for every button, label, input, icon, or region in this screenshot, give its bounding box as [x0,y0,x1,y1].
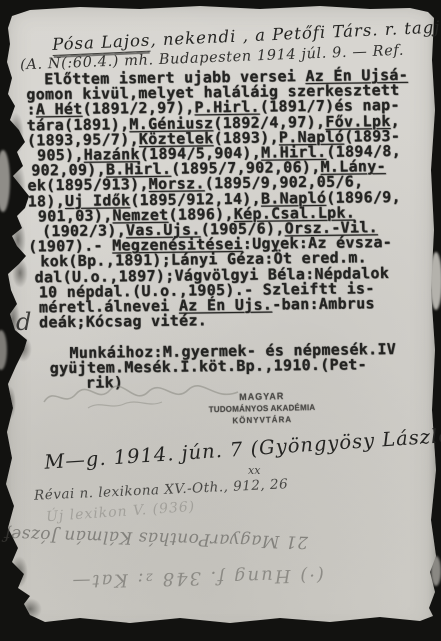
stamp-line-1: MAGYAR [206,390,318,403]
typed-block: Előttem ismert ujabb versei Az Én Ujsá-g… [26,68,434,392]
handwritten-revai-note: Révai n. lexikona XV.-Oth., 912, 26 [34,476,289,504]
library-stamp: MAGYAR TUDOMÁNYOS AKADÉMIA KÖNYVTÁRA [206,390,319,426]
handwritten-xx-mark: xx [248,464,260,477]
handwritten-d-mark: d [16,308,31,336]
handwritten-upside-down-note-2: (·) Hung f. 348 ₂: Kat— [24,564,324,593]
handwritten-lexikon-note: Új lexikon V. (936) [46,499,196,525]
handwritten-upside-down-note-1: 21 MagyarPonthás Kálmán József [8,524,308,552]
card-content: Pósa Lajos, nekendi , a Petőfi Társ. r. … [0,0,441,641]
handwritten-accession-note: M—g. 1914. jún. 7 (Gyöngyösy László) [44,423,441,474]
scan-background: Pósa Lajos, nekendi , a Petőfi Társ. r. … [0,0,441,641]
stamp-line-2: TUDOMÁNYOS AKADÉMIA [206,403,318,415]
typed-text: deák;Kócsag vitéz. [39,312,207,332]
typed-text: -ban:Ambrus [272,294,375,313]
stamp-line-3: KÖNYVTÁRA [206,414,318,426]
